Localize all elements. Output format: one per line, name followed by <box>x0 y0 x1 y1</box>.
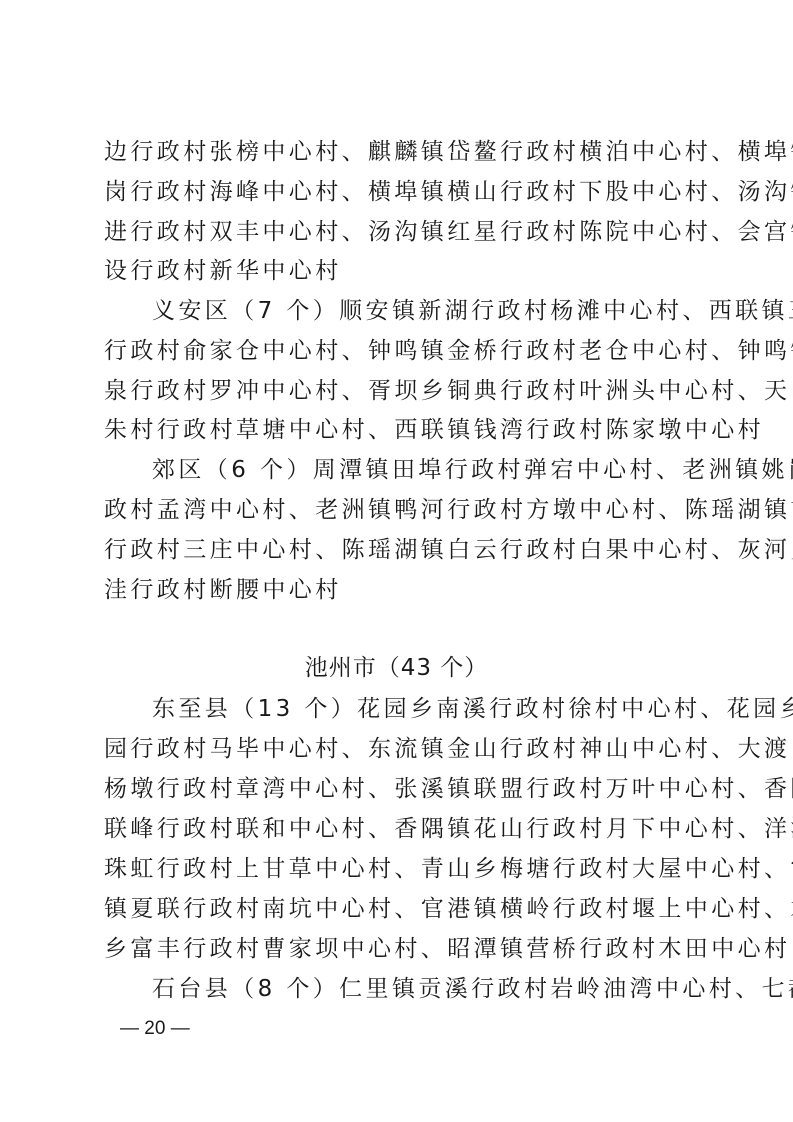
paragraph-line: 珠虹行政村上甘草中心村、青山乡梅塘行政村大屋中心村、官港 <box>104 849 704 889</box>
paragraph-line: 联峰行政村联和中心村、香隅镇花山行政村月下中心村、洋湖镇 <box>104 809 704 849</box>
paragraph-line: 政村孟湾中心村、老洲镇鸭河行政村方墩中心村、陈瑶湖镇前河 <box>104 490 704 530</box>
paragraph-line: 进行政村双丰中心村、汤沟镇红星行政村陈院中心村、会宫镇建 <box>104 212 704 252</box>
paragraph-line: 乡富丰行政村曹家坝中心村、昭潭镇营桥行政村木田中心村 <box>104 929 704 969</box>
paragraph-line: 边行政村张榜中心村、麒麟镇岱鳌行政村横泊中心村、横埠镇周 <box>104 132 704 172</box>
document-page: 边行政村张榜中心村、麒麟镇岱鳌行政村横泊中心村、横埠镇周 岗行政村海峰中心村、横… <box>0 0 793 1122</box>
paragraph-line: 杨墩行政村章湾中心村、张溪镇联盟行政村万叶中心村、香隅镇 <box>104 769 704 809</box>
paragraph-line: 岗行政村海峰中心村、横埠镇横山行政村下股中心村、汤沟镇先 <box>104 172 704 212</box>
page-number: — 20 — <box>120 1016 190 1042</box>
paragraph-line: 镇夏联行政村南坑中心村、官港镇横岭行政村堰上中心村、木塔 <box>104 889 704 929</box>
paragraph-line-dongzhi-first: 东至县（13 个）花园乡南溪行政村徐村中心村、花园乡花 <box>152 689 752 729</box>
paragraph-line-jiao-first: 郊区（6 个）周潭镇田埠行政村弹宕中心村、老洲镇姚岗行 <box>152 450 752 490</box>
section-heading: 池州市（43 个） <box>0 648 793 688</box>
paragraph-line-shitai-first: 石台县（8 个）仁里镇贡溪行政村岩岭油湾中心村、七都镇 <box>152 969 752 1009</box>
paragraph-line: 行政村俞家仓中心村、钟鸣镇金桥行政村老仓中心村、钟鸣镇清 <box>104 331 704 371</box>
paragraph-line: 行政村三庄中心村、陈瑶湖镇白云行政村白果中心村、灰河乡马 <box>104 530 704 570</box>
paragraph-line: 洼行政村断腰中心村 <box>104 570 704 610</box>
paragraph-line: 泉行政村罗冲中心村、胥坝乡铜典行政村叶洲头中心村、天门镇 <box>104 371 704 411</box>
paragraph-line: 园行政村马毕中心村、东流镇金山行政村神山中心村、大渡口镇 <box>104 729 704 769</box>
paragraph-line-yian-first: 义安区（7 个）顺安镇新湖行政村杨滩中心村、西联镇三义 <box>152 291 752 331</box>
paragraph-line: 设行政村新华中心村 <box>104 251 704 291</box>
paragraph-line: 朱村行政村草塘中心村、西联镇钱湾行政村陈家墩中心村 <box>104 410 704 450</box>
